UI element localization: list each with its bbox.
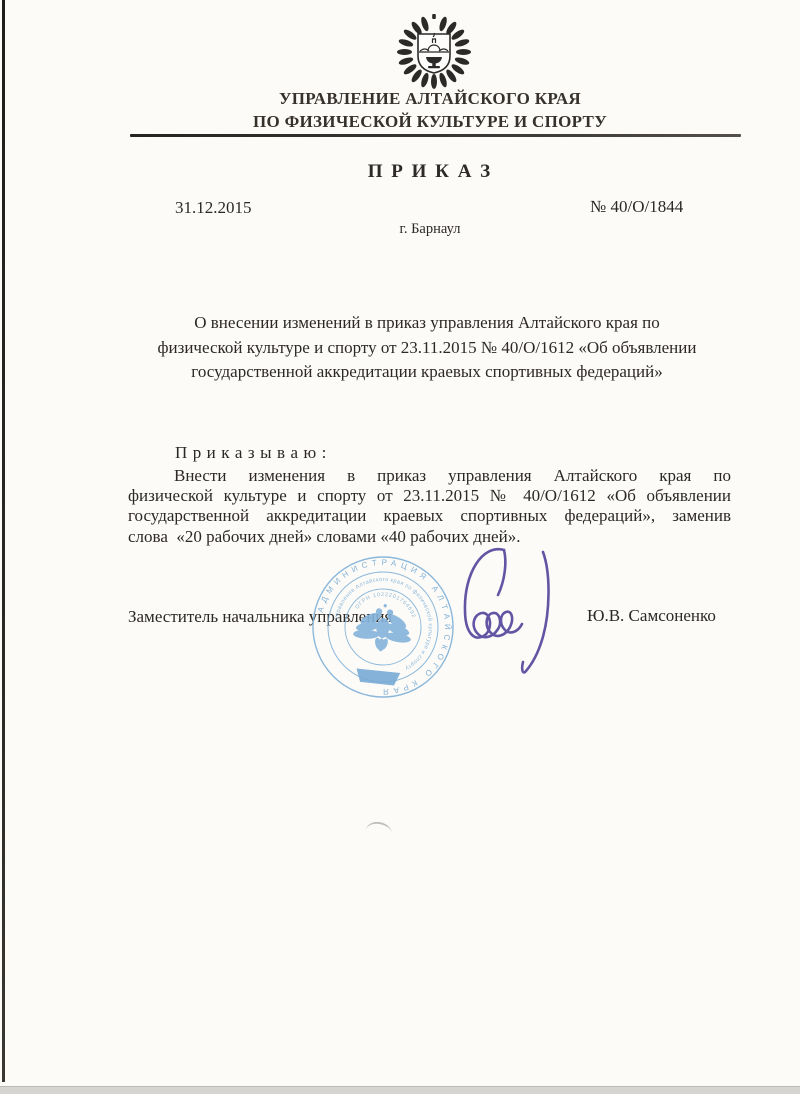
body-line: Внести изменения в приказ управления Алт… xyxy=(128,466,731,486)
org-name-line2: ПО ФИЗИЧЕСКОЙ КУЛЬТУРЕ И СПОРТУ xyxy=(70,110,790,133)
doc-date: 31.12.2015 xyxy=(175,198,252,218)
scan-bottom-shadow xyxy=(0,1086,800,1094)
altai-krai-coat-of-arms-icon xyxy=(393,12,475,92)
double-headed-eagle xyxy=(351,601,414,654)
subject-line: О внесении изменений в приказ управления… xyxy=(110,311,744,336)
doc-number: № 40/О/1844 xyxy=(590,197,683,217)
signer-name: Ю.В. Самсоненко xyxy=(587,606,716,626)
handwritten-signature-icon xyxy=(408,540,573,690)
doc-city: г. Барнаул xyxy=(70,221,790,238)
scan-edge-line xyxy=(2,0,5,1082)
subject-line: государственной аккредитации краевых спо… xyxy=(110,360,744,385)
org-name: УПРАВЛЕНИЕ АЛТАЙСКОГО КРАЯ ПО ФИЗИЧЕСКОЙ… xyxy=(70,87,790,133)
doc-body: Внести изменения в приказ управления Алт… xyxy=(128,466,731,547)
doc-title: П Р И К А З xyxy=(70,161,790,183)
org-name-line1: УПРАВЛЕНИЕ АЛТАЙСКОГО КРАЯ xyxy=(70,87,790,110)
doc-subject: О внесении изменений в приказ управления… xyxy=(110,311,744,385)
body-line: физической культуре и спорту от 23.11.20… xyxy=(128,486,731,506)
decree-word: П р и к а з ы в а ю : xyxy=(175,443,327,463)
subject-line: физической культуре и спорту от 23.11.20… xyxy=(110,336,744,361)
header-rule xyxy=(130,134,741,137)
body-line: государственной аккредитации краевых спо… xyxy=(128,506,731,526)
stray-pen-mark xyxy=(365,821,392,835)
scanned-order-document: УПРАВЛЕНИЕ АЛТАЙСКОГО КРАЯ ПО ФИЗИЧЕСКОЙ… xyxy=(0,0,800,1094)
stamp-bottom-banner xyxy=(355,668,400,686)
